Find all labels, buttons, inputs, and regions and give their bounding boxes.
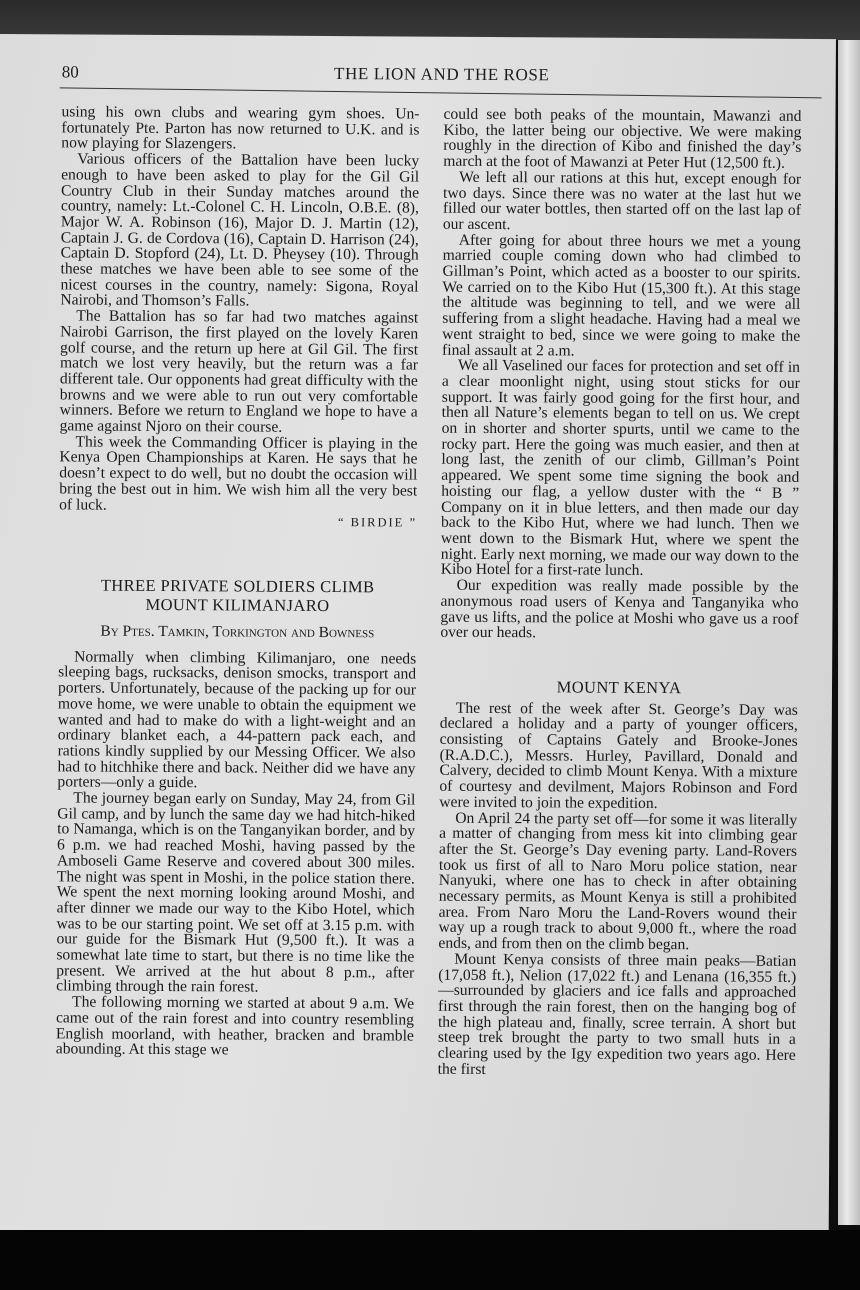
golf-paragraph: using his own clubs and wearing gym shoe… (61, 104, 419, 153)
golf-paragraph: The Battalion has so far had two matches… (60, 309, 419, 437)
scanned-page-scene: 80 THE LION AND THE ROSE using his own c… (0, 0, 860, 1290)
kilimanjaro-article-title: THREE PRIVATE SOLDIERS CLIMB MOUNT KILIM… (58, 575, 416, 615)
kilimanjaro-paragraph: We left all our rations at this hut, exc… (443, 170, 801, 235)
golf-paragraph: Various officers of the Battalion have b… (60, 151, 419, 310)
kilimanjaro-paragraph: After going for about three hours we met… (442, 232, 801, 360)
right-column: could see both peaks of the mountain, Ma… (438, 107, 802, 1080)
mount-kenya-title: MOUNT KENYA (440, 679, 798, 697)
article-signature: “ BIRDIE ” (59, 514, 417, 532)
mount-kenya-paragraph: Mount Kenya consists of three main peaks… (438, 952, 797, 1080)
journal-title: THE LION AND THE ROSE (62, 62, 822, 87)
kilimanjaro-paragraph: Normally when climbing Kilimanjaro, one … (57, 649, 416, 793)
kilimanjaro-paragraph: The following morning we started at abou… (56, 995, 414, 1060)
page-stack-edge (838, 40, 860, 1225)
golf-paragraph: This week the Commanding Officer is play… (59, 434, 417, 515)
left-column: using his own clubs and wearing gym shoe… (56, 104, 420, 1059)
scan-background-bottom (0, 1230, 860, 1290)
kilimanjaro-paragraph: We all Vaselined our faces for protectio… (441, 358, 800, 580)
kilimanjaro-paragraph: The journey began early on Sunday, May 2… (56, 790, 415, 996)
mount-kenya-paragraph: The rest of the week after St. George’s … (439, 700, 798, 812)
kilimanjaro-byline: By Ptes. Tamkin, Torkington and Bowness (58, 623, 416, 641)
title-line: MOUNT KILIMANJARO (58, 594, 416, 615)
title-line: THREE PRIVATE SOLDIERS CLIMB (59, 575, 417, 596)
magazine-page: 80 THE LION AND THE ROSE using his own c… (0, 34, 836, 1239)
mount-kenya-paragraph: On April 24 the party set off—for some i… (438, 810, 797, 954)
kilimanjaro-paragraph: could see both peaks of the mountain, Ma… (443, 107, 801, 172)
kilimanjaro-paragraph: Our expedition was really made possible … (440, 578, 798, 643)
